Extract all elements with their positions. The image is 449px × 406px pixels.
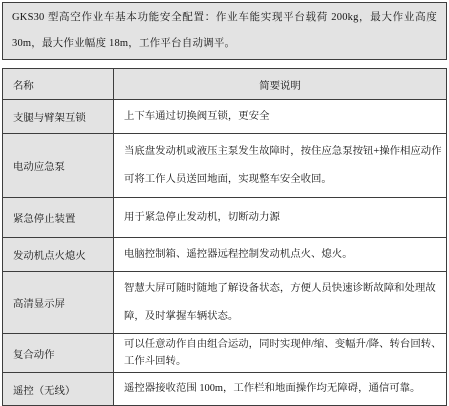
feature-name-cell: 遥控（无线） xyxy=(3,373,114,406)
feature-name-cell: 发动机点火熄火 xyxy=(3,238,114,272)
table-row: 复合动作 可以任意动作自由组合运动，同时实现伸/缩、变幅升/降、转台回转、工作斗… xyxy=(3,334,447,373)
feature-desc-cell: 可以任意动作自由组合运动，同时实现伸/缩、变幅升/降、转台回转、工作斗回转。 xyxy=(114,334,447,373)
feature-desc-cell: 智慧大屏可随时随地了解设备状态，方便人员快速诊断故障和处理故障，及时掌握车辆状态… xyxy=(114,272,447,334)
feature-name-cell: 支腿与臂架互锁 xyxy=(3,100,114,134)
table-row: 支腿与臂架互锁 上下车通过切换阀互锁，更安全 xyxy=(3,100,447,134)
header-description: 简要说明 xyxy=(114,69,447,100)
table-header-row: 名称 简要说明 xyxy=(3,69,447,100)
feature-desc-cell: 用于紧急停止发动机，切断动力源 xyxy=(114,198,447,238)
document-page: GKS30 型高空作业车基本功能安全配置：作业车能实现平台载荷 200kg，最大… xyxy=(0,0,449,406)
feature-desc-cell: 电脑控制箱、遥控器远程控制发动机点火、熄火。 xyxy=(114,238,447,272)
feature-name-cell: 复合动作 xyxy=(3,334,114,373)
table-row: 高清显示屏 智慧大屏可随时随地了解设备状态，方便人员快速诊断故障和处理故障，及时… xyxy=(3,272,447,334)
feature-desc-cell: 上下车通过切换阀互锁，更安全 xyxy=(114,100,447,134)
feature-name-cell: 电动应急泵 xyxy=(3,134,114,198)
table-row: 遥控（无线） 遥控器接收范围 100m，工作栏和地面操作均无障碍，通信可靠。 xyxy=(3,373,447,406)
table-row: 电动应急泵 当底盘发动机或液压主泵发生故障时，按住应急泵按钮+操作相应动作可将工… xyxy=(3,134,447,198)
table-row: 紧急停止装置 用于紧急停止发动机，切断动力源 xyxy=(3,198,447,238)
feature-desc-cell: 当底盘发动机或液压主泵发生故障时，按住应急泵按钮+操作相应动作可将工作人员送回地… xyxy=(114,134,447,198)
feature-desc-cell: 遥控器接收范围 100m，工作栏和地面操作均无障碍，通信可靠。 xyxy=(114,373,447,406)
feature-name-cell: 紧急停止装置 xyxy=(3,198,114,238)
features-table: 名称 简要说明 支腿与臂架互锁 上下车通过切换阀互锁，更安全 电动应急泵 当底盘… xyxy=(2,68,447,406)
feature-name-cell: 高清显示屏 xyxy=(3,272,114,334)
intro-paragraph: GKS30 型高空作业车基本功能安全配置：作业车能实现平台载荷 200kg，最大… xyxy=(2,2,447,60)
header-name: 名称 xyxy=(3,69,114,100)
table-row: 发动机点火熄火 电脑控制箱、遥控器远程控制发动机点火、熄火。 xyxy=(3,238,447,272)
